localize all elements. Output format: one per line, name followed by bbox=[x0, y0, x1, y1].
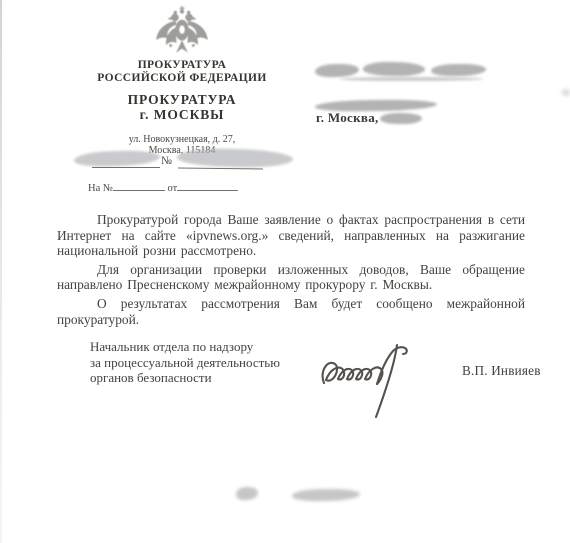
scan-edge-artifact bbox=[0, 0, 2, 543]
signer-title-line2: за процессуальной деятельностью bbox=[90, 355, 280, 371]
org-name-line1: ПРОКУРАТУРА bbox=[38, 59, 326, 72]
org-name-line2: РОССИЙСКОЙ ФЕДЕРАЦИИ bbox=[38, 72, 326, 85]
redacted-footer-mark-1 bbox=[236, 486, 259, 501]
scanned-letter-page: ПРОКУРАТУРА РОССИЙСКОЙ ФЕДЕРАЦИИ ПРОКУРА… bbox=[0, 0, 570, 543]
office-name-line2: г. МОСКВЫ bbox=[38, 108, 326, 123]
coat-of-arms-icon bbox=[38, 5, 326, 57]
number-sign: № bbox=[161, 155, 172, 167]
scan-smudge-artifact bbox=[562, 89, 570, 96]
redacted-addressee-name-2 bbox=[363, 61, 425, 76]
reply-date-line bbox=[177, 181, 238, 191]
addressee-city: г. Москва, bbox=[316, 110, 379, 126]
office-name-line1: ПРОКУРАТУРА bbox=[38, 93, 326, 108]
reply-from-label: от bbox=[168, 183, 178, 194]
body-paragraph-2: Для организации проверки изложенных дово… bbox=[57, 262, 525, 293]
body-paragraph-3: О результатах рассмотрения Вам будет соо… bbox=[57, 296, 525, 327]
signer-name: В.П. Инвияев bbox=[462, 363, 541, 379]
redacted-addressee-name-underline bbox=[340, 77, 483, 81]
reply-number-line bbox=[113, 181, 165, 191]
redacted-footer-mark-2 bbox=[292, 488, 360, 501]
reply-reference-label: На № bbox=[88, 183, 113, 194]
letterhead: ПРОКУРАТУРА РОССИЙСКОЙ ФЕДЕРАЦИИ ПРОКУРА… bbox=[38, 5, 326, 156]
letterhead-address-line1: ул. Новокузнецкая, д. 27, bbox=[38, 134, 326, 145]
letter-body: Прокуратурой города Ваше заявление о фак… bbox=[57, 212, 525, 330]
body-paragraph-1: Прокуратурой города Ваше заявление о фак… bbox=[57, 212, 525, 259]
reply-reference-row: На № от bbox=[88, 181, 238, 194]
redacted-addressee-postcode bbox=[380, 113, 422, 124]
handwritten-signature bbox=[316, 333, 426, 421]
signer-title-line3: органов безопасности bbox=[90, 370, 280, 386]
redacted-addressee-name-1 bbox=[315, 63, 359, 78]
redacted-addressee-name-3 bbox=[431, 64, 486, 77]
signer-title: Начальник отдела по надзору за процессуа… bbox=[90, 339, 280, 386]
signer-title-line1: Начальник отдела по надзору bbox=[90, 339, 280, 355]
outgoing-date-line bbox=[92, 167, 160, 168]
outgoing-number-line bbox=[178, 168, 263, 170]
